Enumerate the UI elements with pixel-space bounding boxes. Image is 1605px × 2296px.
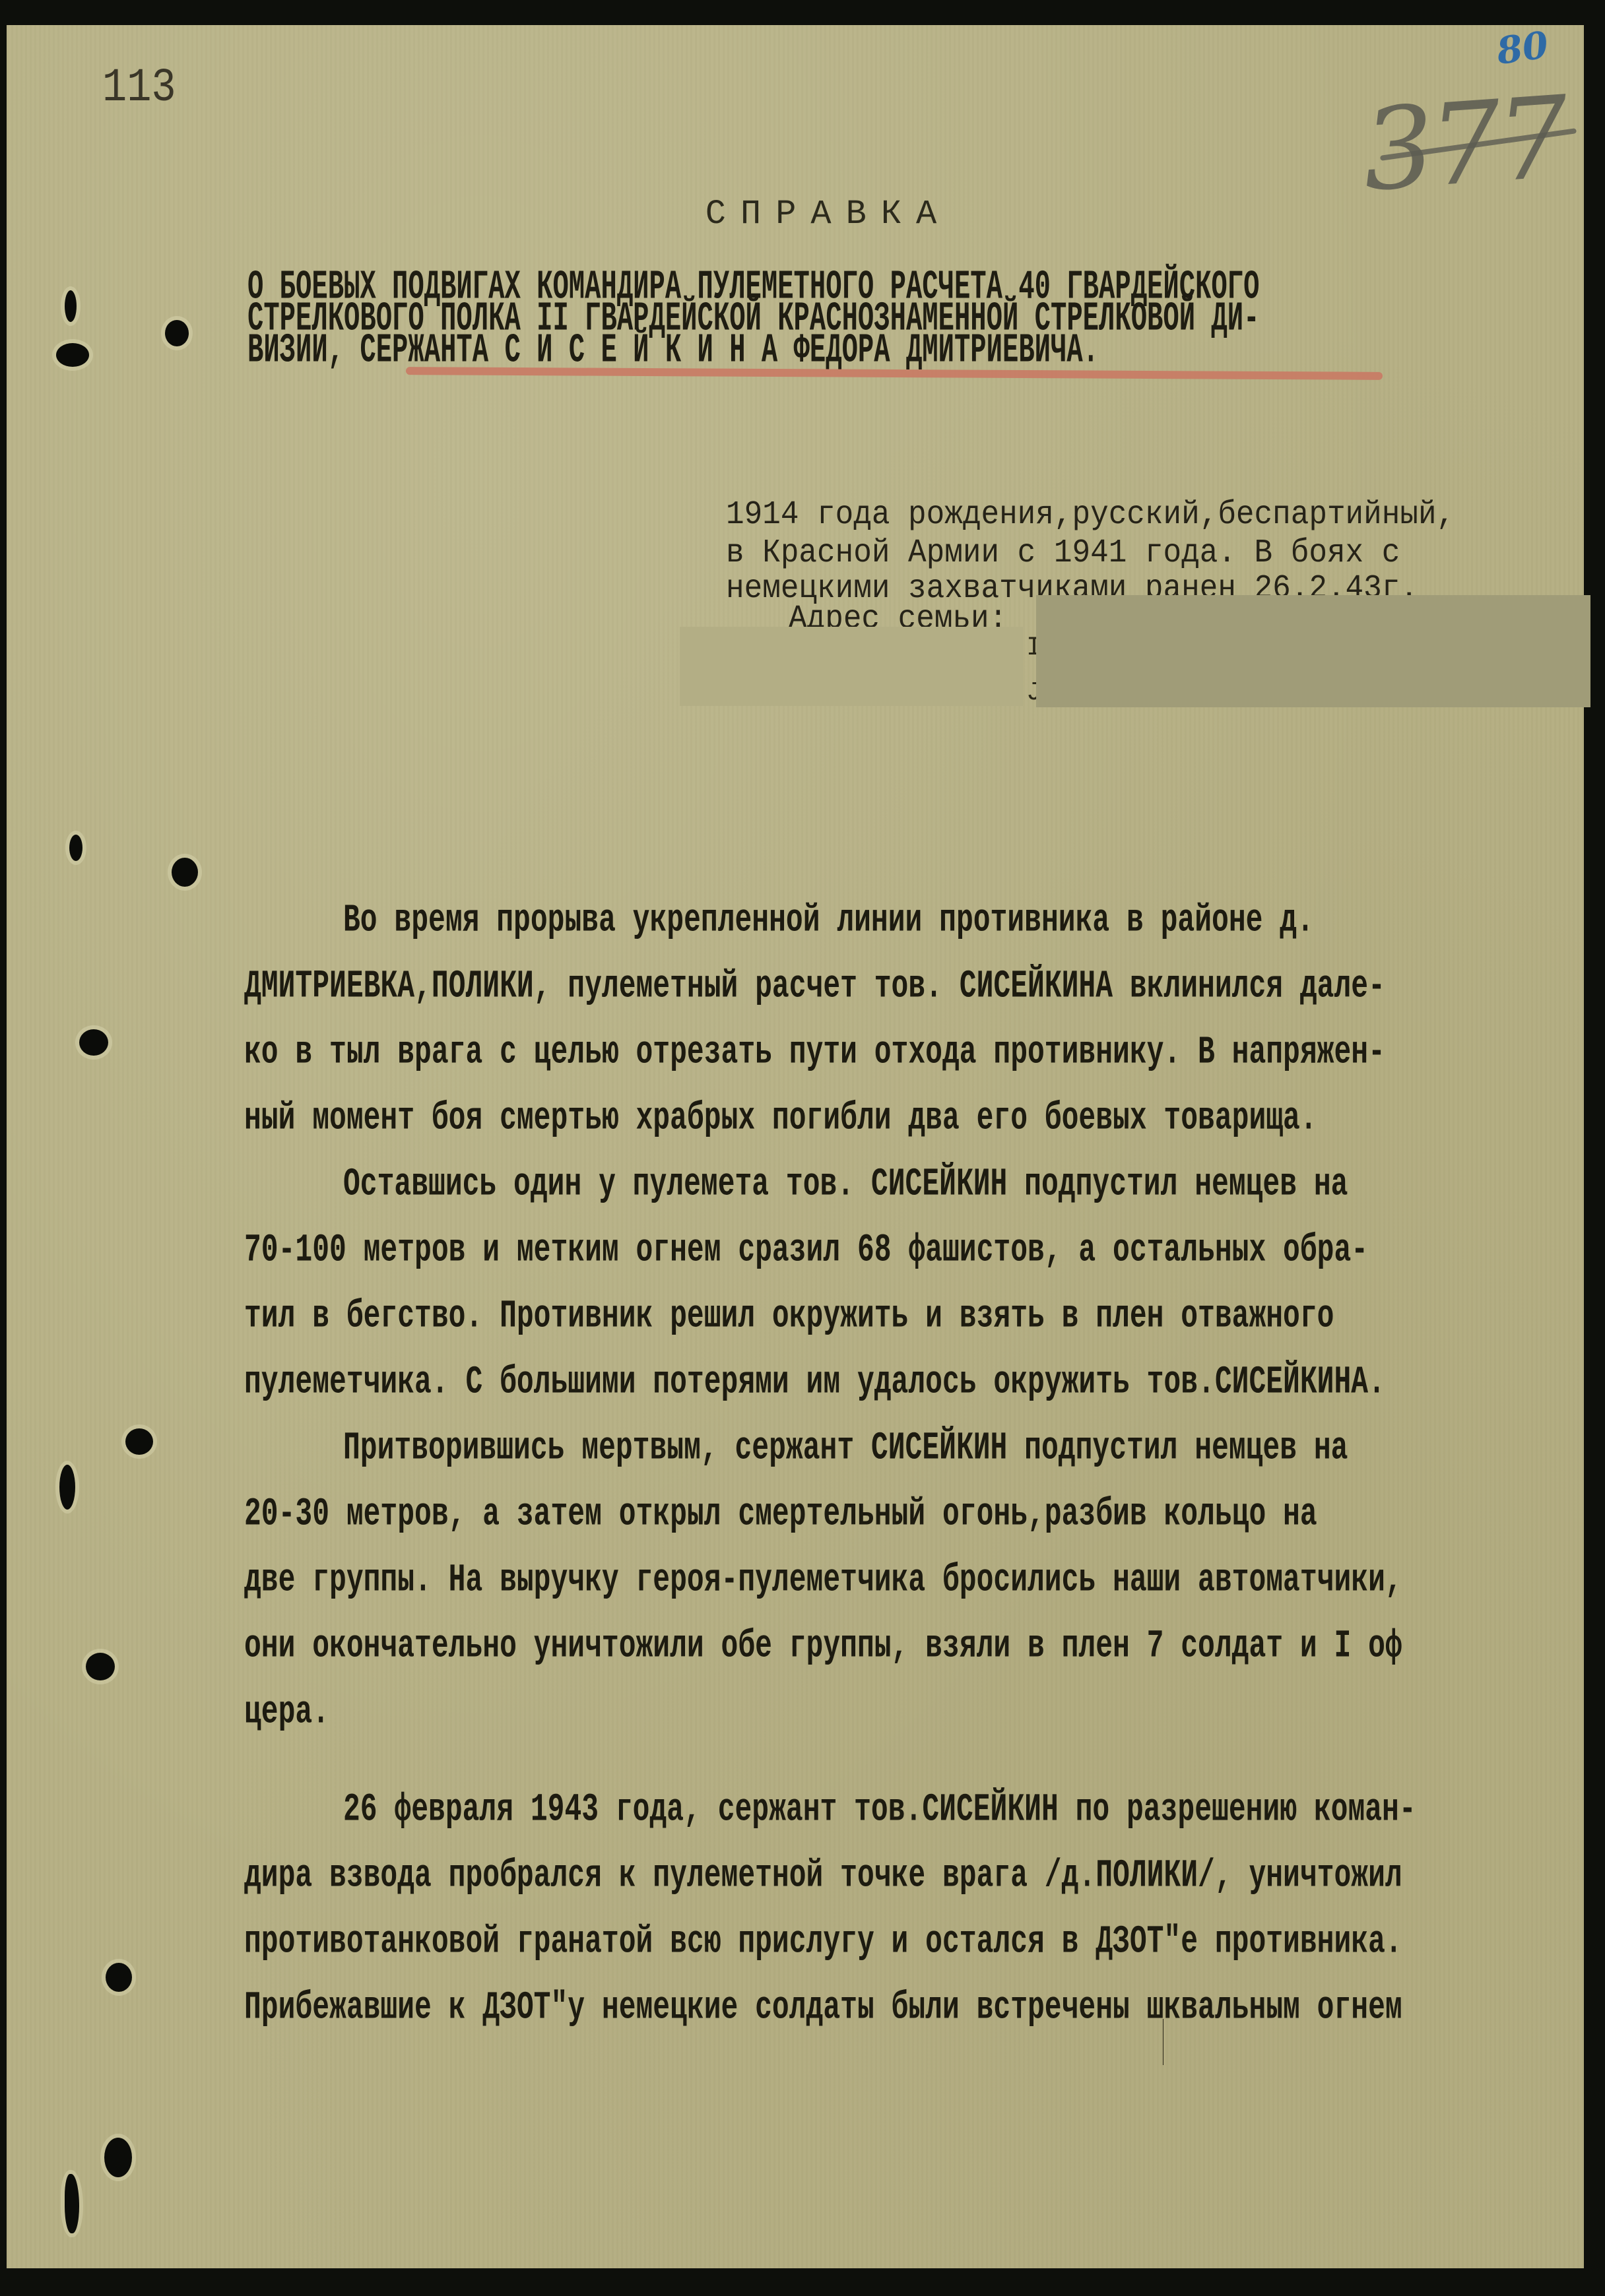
binding-hole <box>65 290 77 322</box>
blue-pencil-page-number: 80 <box>1494 23 1551 73</box>
archive-sheet-number: 113 <box>102 61 176 115</box>
binding-hole <box>56 343 89 367</box>
heading-line: ВИЗИИ, СЕРЖАНТА С И С Е Й К И Н А ФЕДОРА… <box>247 327 1099 374</box>
pen-mark <box>1163 2019 1163 2065</box>
bio-line: 1914 года рождения,русский,беспартийный, <box>726 496 1455 533</box>
bio-line: в Красной Армии с 1941 года. В боях с <box>726 534 1400 571</box>
body-line: противотанковой гранатой всю прислугу и … <box>244 1920 1402 1964</box>
body-line: Оставшись один у пулемета тов. СИСЕЙКИН … <box>343 1163 1348 1207</box>
body-line: они окончательно уничтожили обе группы, … <box>244 1624 1402 1669</box>
body-line: Прибежавшие к ДЗОТ"у немецкие солдаты бы… <box>244 1986 1402 2030</box>
redaction-block-left <box>680 627 1023 706</box>
body-line: ко в тыл врага с целью отрезать пути отх… <box>244 1031 1385 1075</box>
document-title: СПРАВКА <box>0 195 1605 234</box>
binding-hole <box>106 1963 132 1992</box>
body-line: Во время прорыва укрепленной линии проти… <box>343 899 1314 943</box>
body-line: 26 февраля 1943 года, сержант тов.СИСЕЙК… <box>343 1788 1416 1832</box>
binding-hole <box>172 858 198 887</box>
body-line: ДМИТРИЕВКА,ПОЛИКИ, пулеметный расчет тов… <box>244 965 1385 1009</box>
body-line: пулеметчика. С большими потерями им удал… <box>244 1360 1385 1405</box>
body-line: 20-30 метров, а затем открыл смертельный… <box>244 1492 1317 1537</box>
body-line: цера. <box>244 1690 329 1735</box>
binding-hole <box>125 1428 153 1455</box>
body-line: ный момент боя смертью храбрых погибли д… <box>244 1097 1317 1141</box>
binding-hole <box>104 2138 132 2177</box>
body-line: тил в бегство. Противник решил окружить … <box>244 1294 1334 1339</box>
body-line: две группы. На выручку героя-пулеметчика… <box>244 1558 1402 1603</box>
binding-hole <box>59 1465 75 1510</box>
redaction-block <box>1036 595 1590 707</box>
body-line: дира взвода пробрался к пулеметной точке… <box>244 1854 1402 1898</box>
body-line: Притворившись мертвым, сержант СИСЕЙКИН … <box>343 1426 1348 1471</box>
binding-hole <box>86 1653 115 1680</box>
binding-hole <box>165 320 189 346</box>
body-line: 70-100 метров и метким огнем сразил 68 ф… <box>244 1228 1368 1273</box>
binding-hole <box>69 835 82 861</box>
binding-hole <box>79 1029 108 1056</box>
